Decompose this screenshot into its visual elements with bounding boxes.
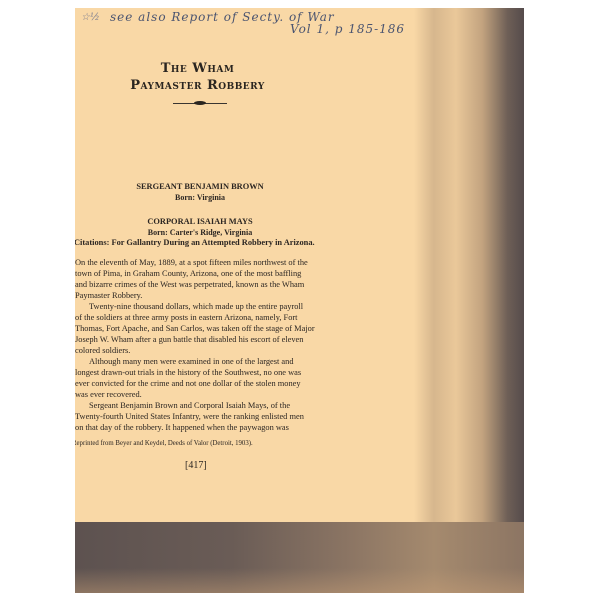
scan-shadow-bottom: [75, 522, 524, 593]
page-number: [417]: [185, 460, 207, 471]
handwritten-mark: ☆½: [81, 11, 100, 24]
recipient-1-born: Born: Virginia: [75, 192, 325, 203]
paragraph-line: town of Pima, in Graham County, Arizona,…: [75, 268, 375, 279]
paragraph-4: Sergeant Benjamin Brown and Corporal Isa…: [75, 400, 375, 433]
page-title: The Wham Paymaster Robbery: [75, 60, 320, 94]
title-line-2: Paymaster Robbery: [75, 77, 320, 94]
paragraph-line: and bizarre crimes of the West was perpe…: [75, 279, 375, 290]
paragraph-line: Sergeant Benjamin Brown and Corporal Isa…: [75, 400, 375, 411]
paragraph-line: Thomas, Fort Apache, and San Carlos, was…: [75, 323, 375, 334]
annotation-line-2: Vol 1, p 185-186: [290, 23, 405, 36]
scanned-page: ☆½ see also Report of Secty. of War Vol …: [75, 8, 524, 593]
recipient-1-name: SERGEANT BENJAMIN BROWN: [75, 181, 325, 192]
scan-shadow-right: [414, 8, 524, 593]
title-ornament: [173, 100, 227, 106]
paragraph-line: Paymaster Robbery.: [75, 290, 375, 301]
footnote: Reprinted from Beyer and Keydel, Deeds o…: [75, 438, 253, 449]
paragraph-line: Joseph W. Wham after a gun battle that d…: [75, 334, 375, 345]
paragraph-line: colored soldiers.: [75, 345, 375, 356]
title-line-1: The Wham: [75, 60, 320, 77]
paragraph-line: longest drawn-out trials in the history …: [75, 367, 375, 378]
citation: Citations: For Gallantry During an Attem…: [75, 237, 315, 248]
paragraph-line: Twenty-fourth United States Infantry, we…: [75, 411, 375, 422]
paragraph-line: was ever recovered.: [75, 389, 375, 400]
paragraph-line: Twenty-nine thousand dollars, which made…: [75, 301, 375, 312]
paragraph-1: On the eleventh of May, 1889, at a spot …: [75, 257, 375, 301]
paragraph-line: On the eleventh of May, 1889, at a spot …: [75, 257, 375, 268]
paragraph-line: of the soldiers at three army posts in e…: [75, 312, 375, 323]
paragraph-line: on that day of the robbery. It happened …: [75, 422, 375, 433]
paragraph-3: Although many men were examined in one o…: [75, 356, 375, 400]
recipient-2-name: CORPORAL ISAIAH MAYS: [75, 216, 325, 227]
paragraph-line: Although many men were examined in one o…: [75, 356, 375, 367]
paragraph-line: ever convicted for the crime and not one…: [75, 378, 375, 389]
paragraph-2: Twenty-nine thousand dollars, which made…: [75, 301, 375, 356]
